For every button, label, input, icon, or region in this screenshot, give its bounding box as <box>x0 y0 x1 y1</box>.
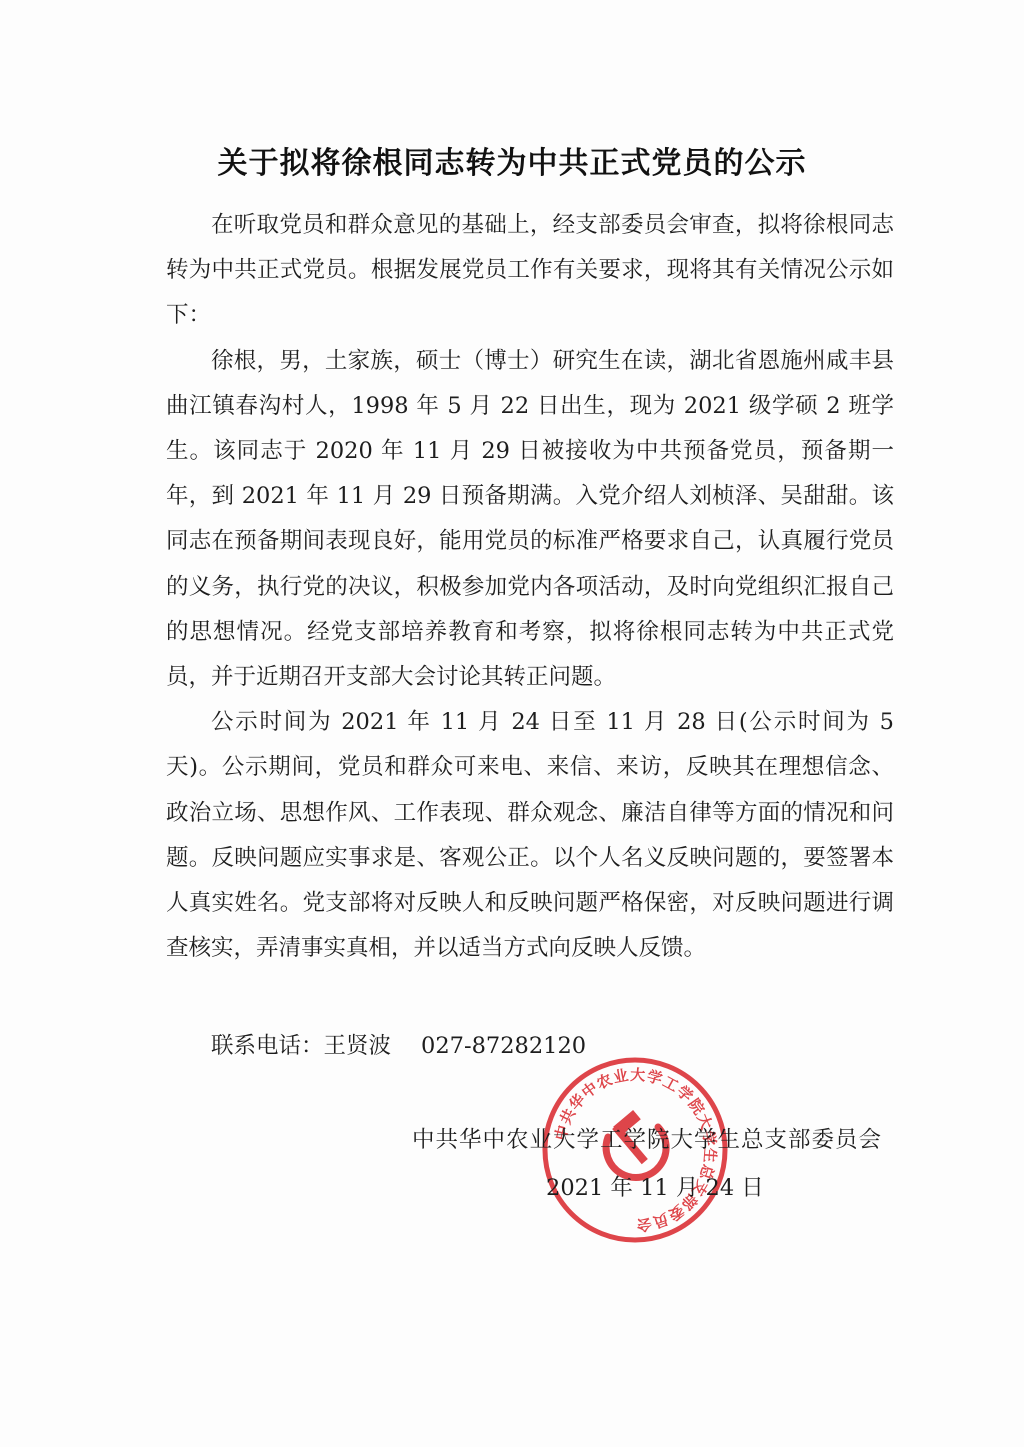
paragraph-intro: 在听取党员和群众意见的基础上，经支部委员会审查，拟将徐根同志转为中共正式党员。根… <box>166 203 894 339</box>
document-title: 关于拟将徐根同志转为中共正式党员的公示 <box>0 138 1024 182</box>
contact-line: 联系电话：王贤波027-87282120 <box>211 1026 586 1066</box>
contact-label: 联系电话：王贤波 <box>211 1033 391 1059</box>
signature-date: 2021 年 11 月 24 日 <box>546 1168 764 1208</box>
document-page: 关于拟将徐根同志转为中共正式党员的公示 在听取党员和群众意见的基础上，经支部委员… <box>0 0 1024 1447</box>
document-body: 在听取党员和群众意见的基础上，经支部委员会审查，拟将徐根同志转为中共正式党员。根… <box>166 203 894 971</box>
signature-organization: 中共华中农业大学工学院大学生总支部委员会 <box>412 1120 892 1160</box>
paragraph-notice-period: 公示时间为 2021 年 11 月 24 日至 11 月 28 日(公示时间为 … <box>166 700 894 971</box>
paragraph-candidate-info: 徐根，男，土家族，硕士（博士）研究生在读，湖北省恩施州咸丰县曲江镇春沟村人，19… <box>166 339 894 701</box>
